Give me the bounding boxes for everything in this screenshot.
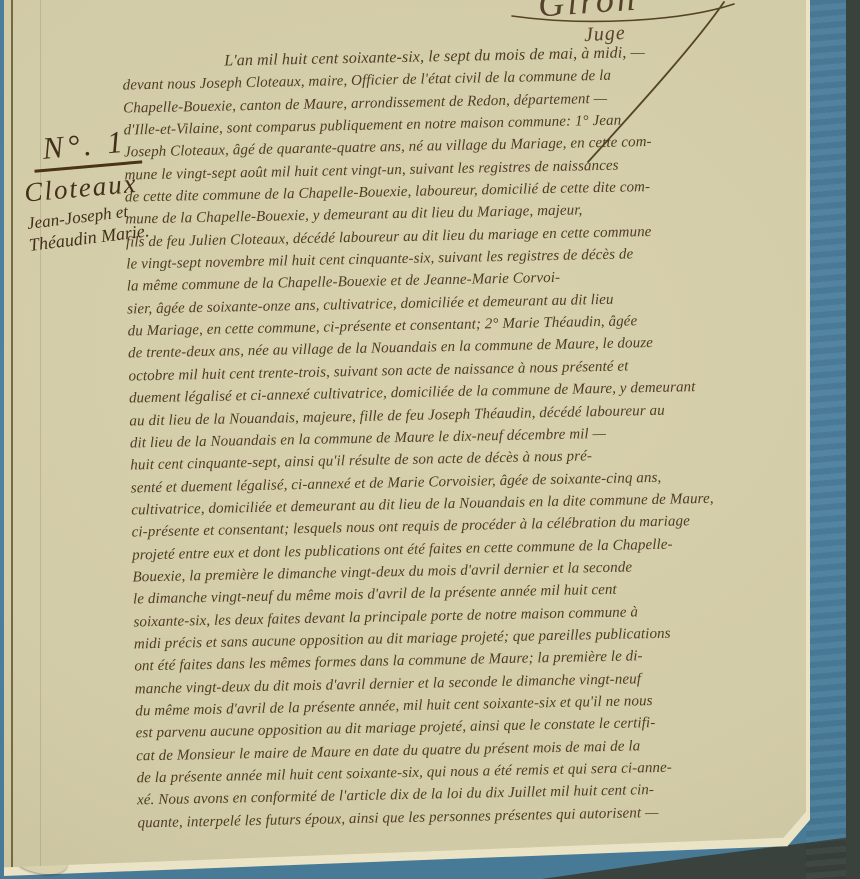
register-page: Giron Juge N°. 1 Cloteaux Jean-Joseph et… <box>4 0 806 870</box>
scanned-register-photo: { "colors": { "paper": "#d4cda9", "ink":… <box>0 0 860 879</box>
binding-margin-line <box>11 0 13 870</box>
cover-edge-texture <box>806 0 846 879</box>
act-body-text: L'an mil huit cent soixante-six, le sept… <box>122 39 806 835</box>
clerk-signature-name: Giron <box>537 0 639 25</box>
